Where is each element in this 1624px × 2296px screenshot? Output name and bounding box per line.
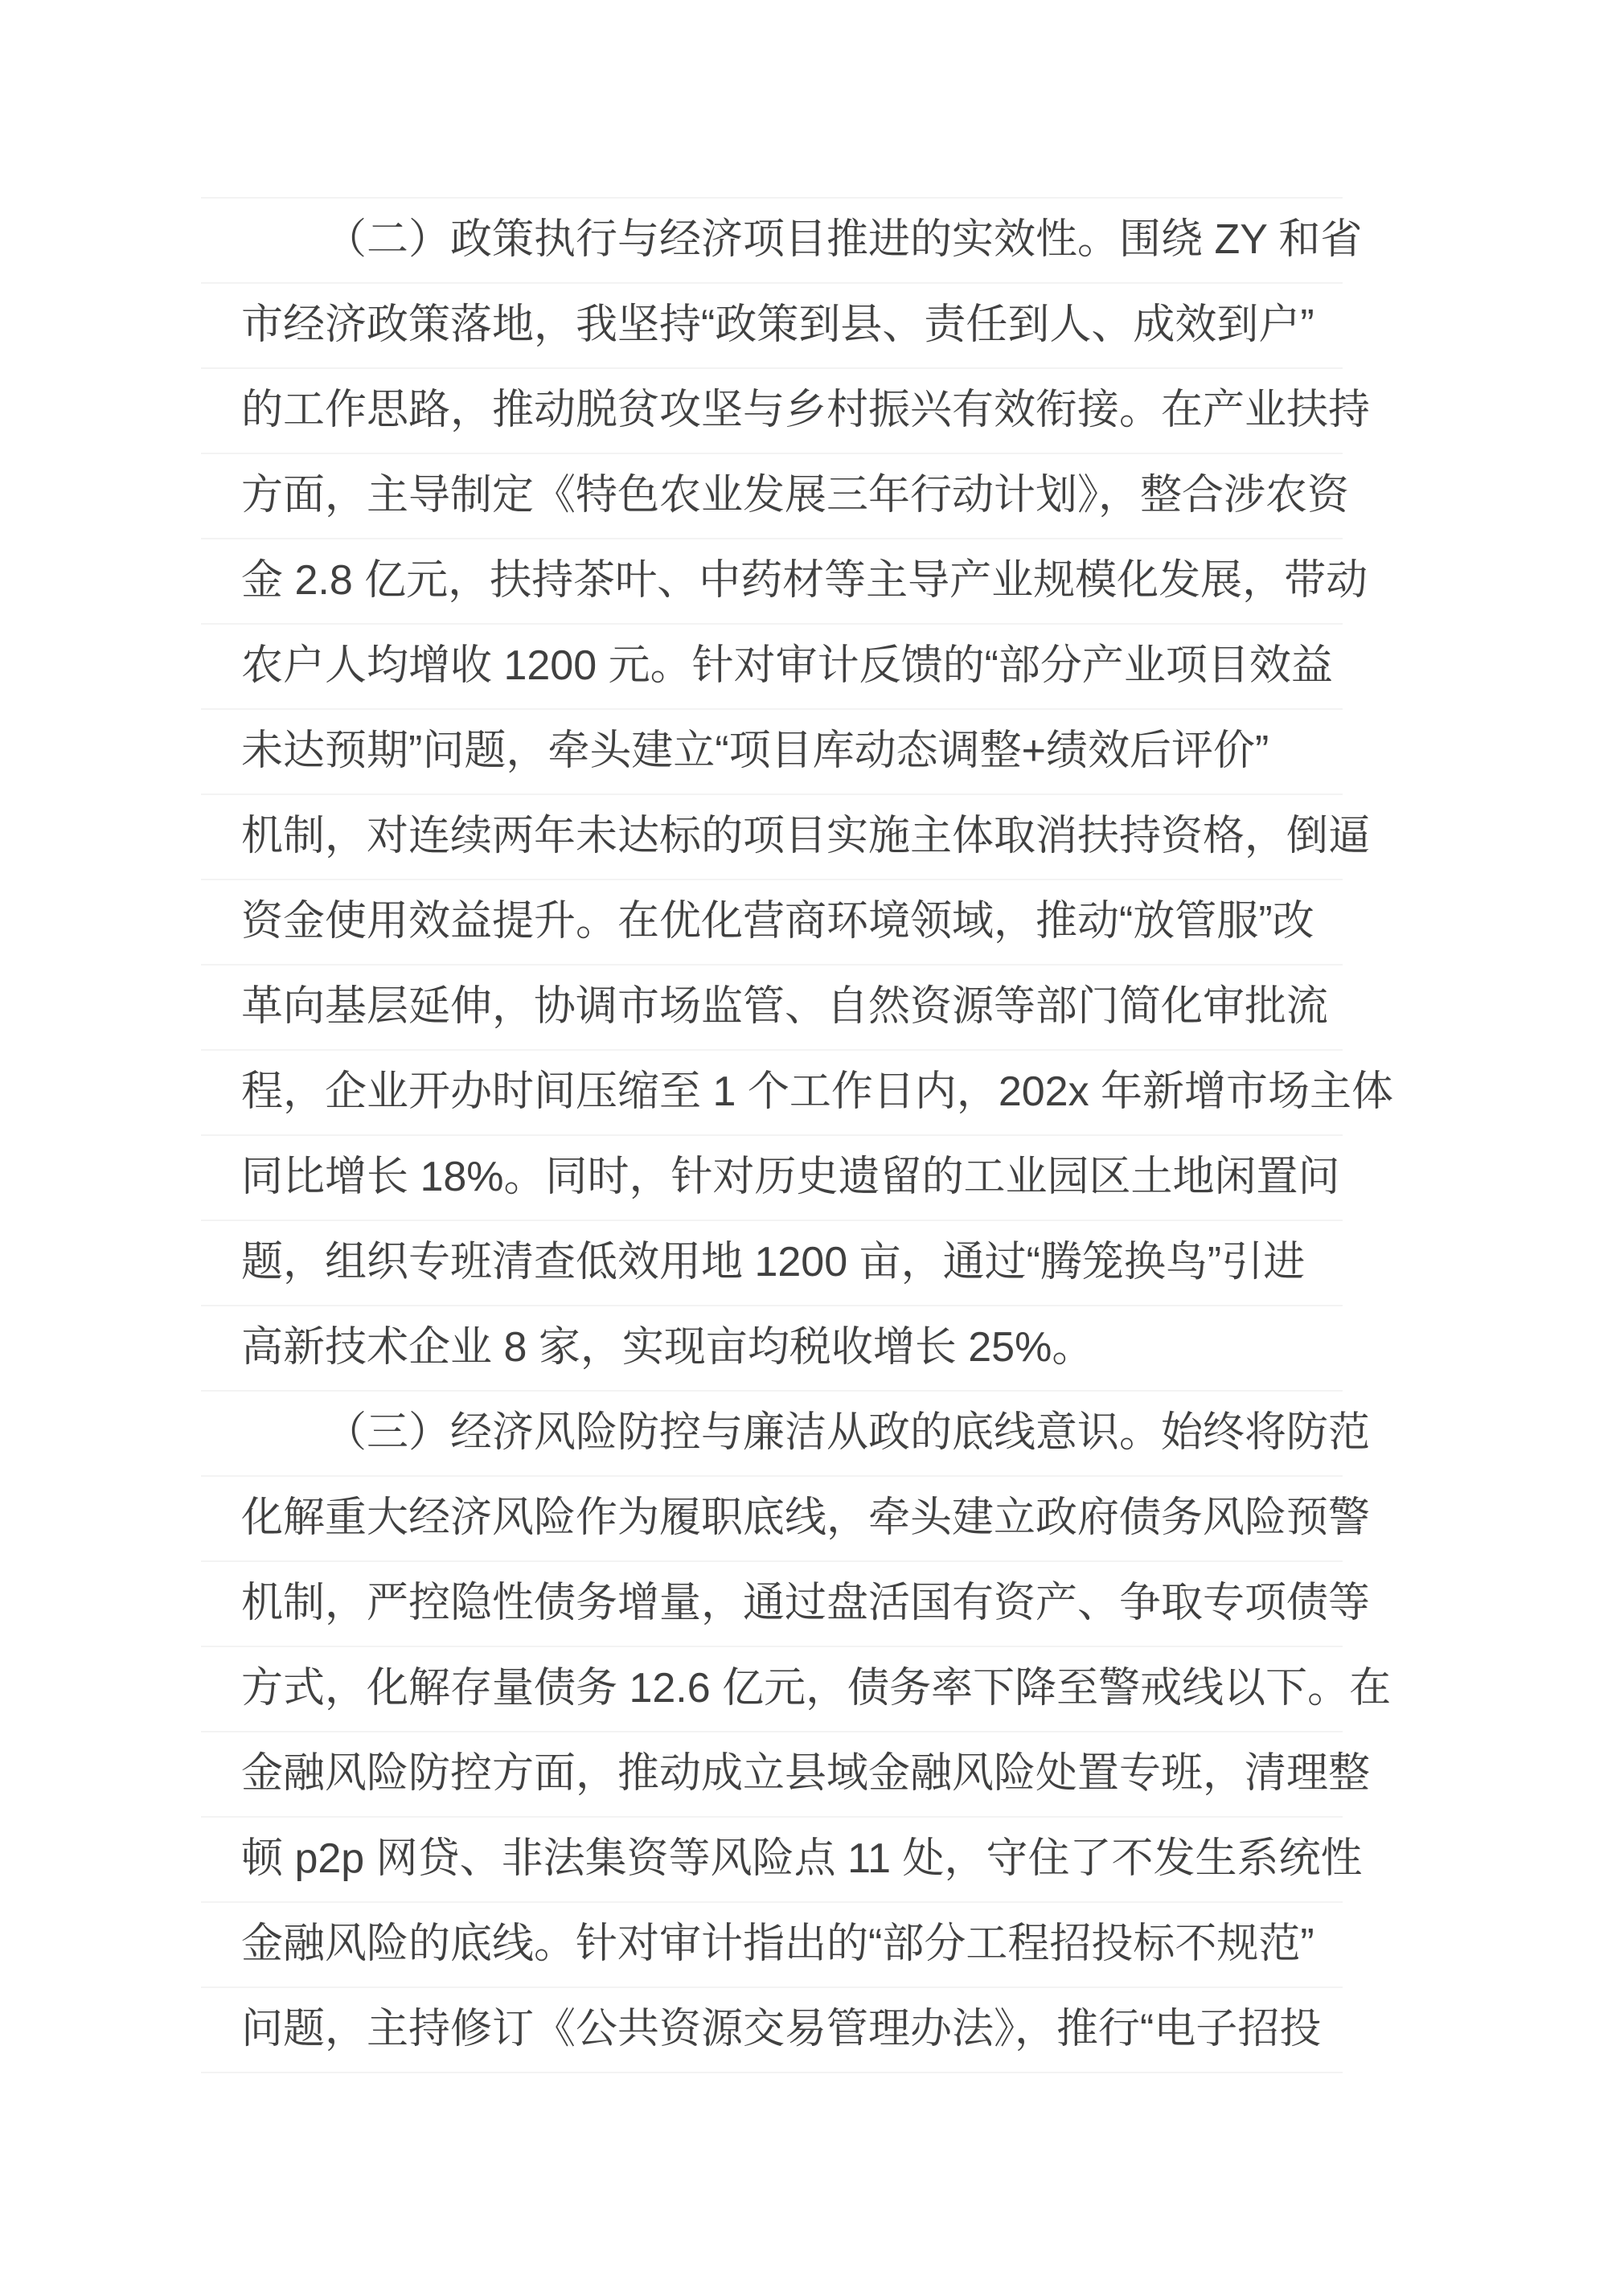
text-line: 的工作思路，推动脱贫攻坚与乡村振兴有效衔接。在产业扶持 — [241, 367, 1407, 453]
text-line: 市经济政策落地，我坚持“政策到县、责任到人、成效到户” — [241, 282, 1407, 367]
text-line: 农户人均增收 1200 元。针对审计反馈的“部分产业项目效益 — [241, 623, 1407, 708]
text-line: 高新技术企业 8 家，实现亩均税收增长 25%。 — [241, 1305, 1407, 1390]
text-line: （二）政策执行与经济项目推进的实效性。围绕 ZY 和省 — [241, 197, 1407, 282]
text-line: 问题，主持修订《公共资源交易管理办法》，推行“电子招投 — [241, 1986, 1407, 2072]
document-body: （二）政策执行与经济项目推进的实效性。围绕 ZY 和省市经济政策落地，我坚持“政… — [241, 197, 1407, 2072]
text-line: 金融风险的底线。针对审计指出的“部分工程招投标不规范” — [241, 1901, 1407, 1986]
text-line: 方式，化解存量债务 12.6 亿元，债务率下降至警戒线以下。在 — [241, 1646, 1407, 1731]
text-line: 方面，主导制定《特色农业发展三年行动计划》，整合涉农资 — [241, 453, 1407, 538]
text-line: 金融风险防控方面，推动成立县域金融风险处置专班，清理整 — [241, 1731, 1407, 1816]
text-line: 程，企业开办时间压缩至 1 个工作日内，202x 年新增市场主体 — [241, 1049, 1407, 1134]
text-line: 同比增长 18%。同时，针对历史遗留的工业园区土地闲置问 — [241, 1134, 1407, 1220]
text-line: 题，组织专班清查低效用地 1200 亩，通过“腾笼换鸟”引进 — [241, 1220, 1407, 1305]
text-line: 革向基层延伸，协调市场监管、自然资源等部门简化审批流 — [241, 964, 1407, 1049]
document-page: （二）政策执行与经济项目推进的实效性。围绕 ZY 和省市经济政策落地，我坚持“政… — [0, 0, 1624, 2296]
text-line: 机制，对连续两年未达标的项目实施主体取消扶持资格，倒逼 — [241, 793, 1407, 879]
text-line: 化解重大经济风险作为履职底线，牵头建立政府债务风险预警 — [241, 1475, 1407, 1560]
text-line: （三）经济风险防控与廉洁从政的底线意识。始终将防范 — [241, 1390, 1407, 1475]
text-line: 未达预期”问题，牵头建立“项目库动态调整+绩效后评价” — [241, 708, 1407, 793]
text-line: 资金使用效益提升。在优化营商环境领域，推动“放管服”改 — [241, 879, 1407, 964]
text-line: 机制，严控隐性债务增量，通过盘活国有资产、争取专项债等 — [241, 1560, 1407, 1646]
text-line: 金 2.8 亿元，扶持茶叶、中药材等主导产业规模化发展，带动 — [241, 538, 1407, 623]
text-line: 顿 p2p 网贷、非法集资等风险点 11 处，守住了不发生系统性 — [241, 1816, 1407, 1901]
